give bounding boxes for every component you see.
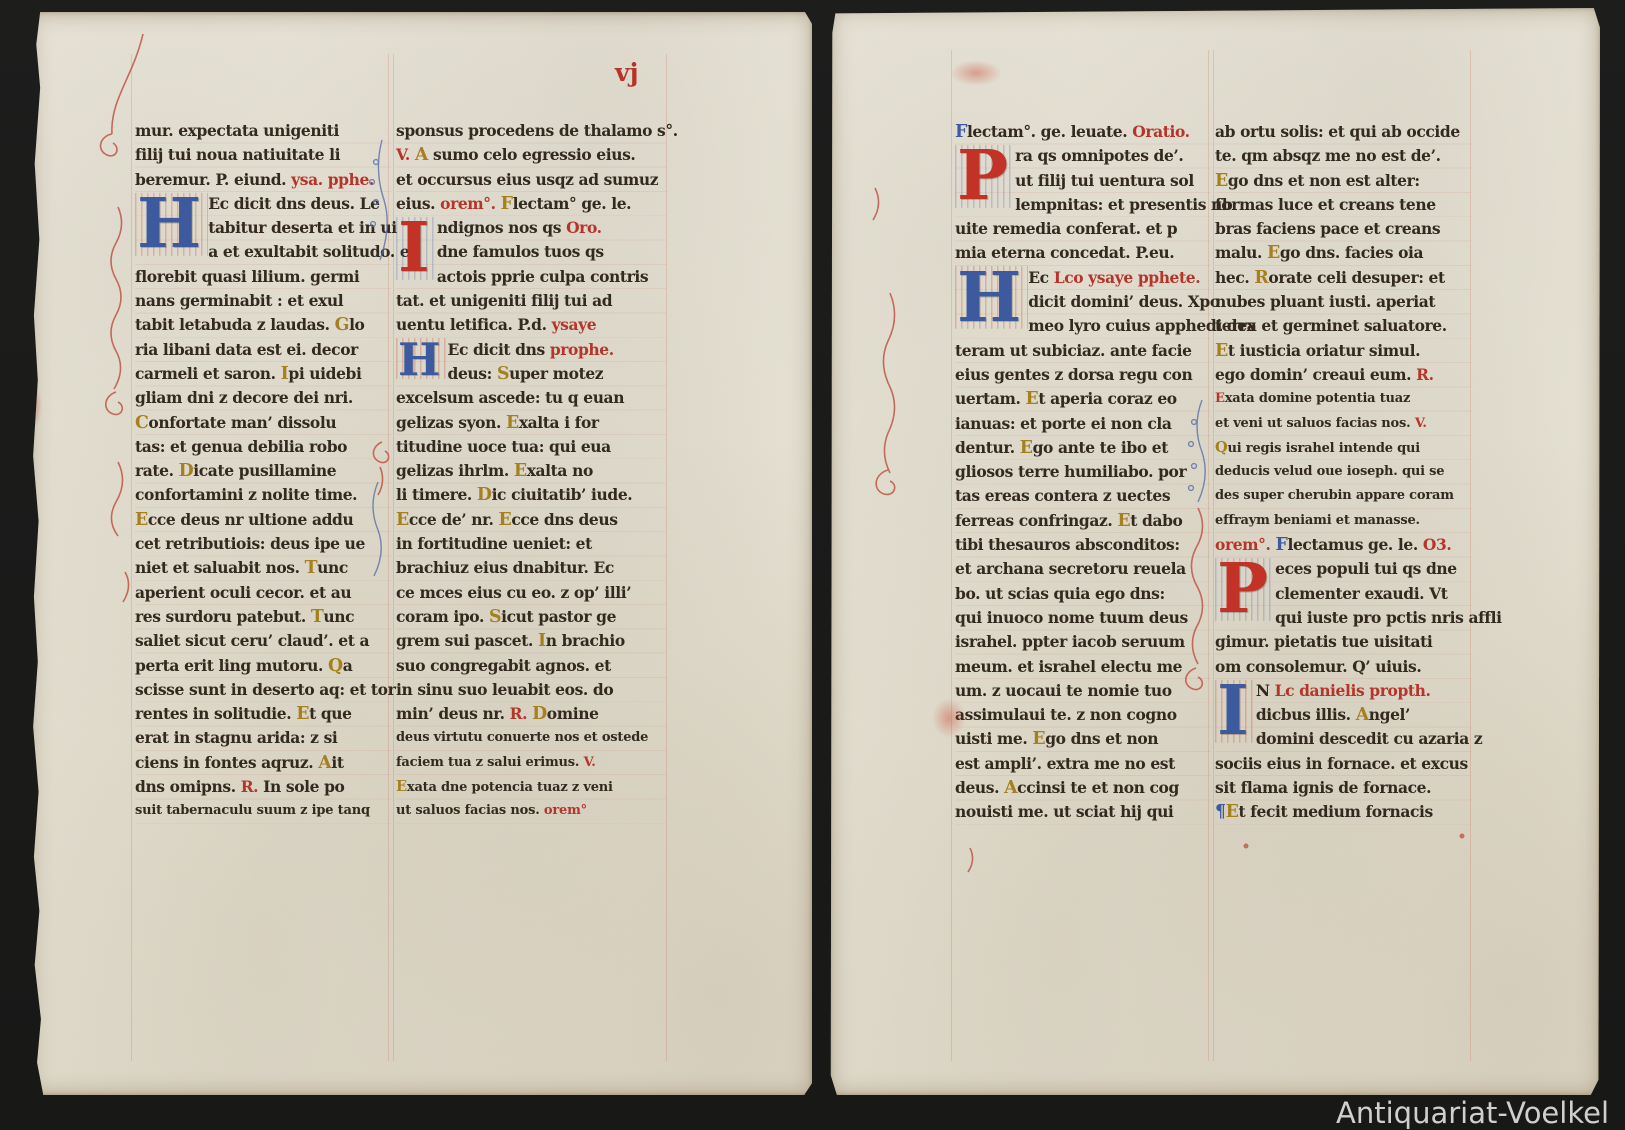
manuscript-text-line: effraym beniami et manasse.	[1215, 509, 1471, 533]
manuscript-text-line: nans germinabit : et exul	[135, 289, 391, 313]
manuscript-text-line: nouisti me. ut sciat hij qui	[955, 800, 1211, 824]
manuscript-text-line: des super cherubin appare coram	[1215, 484, 1471, 508]
manuscript-text-line: tas ereas contera z uectes	[955, 484, 1211, 508]
manuscript-text-line: cet retributiois: deus ipe ue	[135, 532, 391, 556]
manuscript-text-line: assimulaui te. z non cogno	[955, 703, 1211, 727]
red-ink-smudge	[26, 384, 42, 428]
manuscript-text-line: min’ deus nr. R. Domine	[396, 702, 666, 726]
manuscript-text-line: et veni ut saluos facias nos. V.	[1215, 412, 1471, 436]
manuscript-text-line: res surdoru patebut. Tunc	[135, 605, 391, 629]
manuscript-text-line: Qui regis israhel intende qui	[1215, 436, 1471, 460]
manuscript-text-line: nubes pluant iusti. aperiat	[1215, 290, 1471, 314]
manuscript-text-line: sit flama ignis de fornace.	[1215, 776, 1471, 800]
manuscript-text-line: om consolemur. Q’ uiuis.	[1215, 655, 1471, 679]
manuscript-text-line: tas: et genua debilia robo	[135, 435, 391, 459]
manuscript-text-line: uisti me. Ego dns et non	[955, 727, 1211, 751]
manuscript-text-line: qui inuoco nome tuum deus	[955, 606, 1211, 630]
drop-cap-initial: H	[955, 266, 1028, 339]
manuscript-text-line: suit tabernaculu suum z ipe tanq	[135, 799, 391, 823]
ruling-line	[131, 54, 132, 1061]
manuscript-text-line: V. A sumo celo egressio eius.	[396, 143, 666, 167]
manuscript-text-line: bo. ut scias quia ego dns:	[955, 582, 1211, 606]
manuscript-text-line: dentur. Ego ante te ibo et	[955, 436, 1211, 460]
ruling-line	[393, 54, 394, 1061]
manuscript-leaf-left: vj mur. expectata unigenitifilij tui nou…	[30, 12, 812, 1095]
folio-number: vj	[615, 58, 639, 87]
manuscript-text-line: et occursus eius usqz ad sumuz	[396, 168, 666, 192]
manuscript-text-line: grem sui pascet. In brachio	[396, 629, 666, 653]
manuscript-text-line: terra et germinet saluatore.	[1215, 314, 1471, 338]
manuscript-text-line: niet et saluabit nos. Tunc	[135, 556, 391, 580]
manuscript-text-line: filij tui noua natiuitate li	[135, 143, 391, 167]
manuscript-text-line: deducis velud oue ioseph. qui se	[1215, 460, 1471, 484]
manuscript-text-line: suo congregabit agnos. et	[396, 654, 666, 678]
manuscript-text-line: uertam. Et aperia coraz eo	[955, 387, 1211, 411]
manuscript-text-line: saliet sicut ceru’ claud’. et a	[135, 629, 391, 653]
drop-cap-initial: H	[396, 338, 448, 387]
manuscript-text-line: et archana secretoru reuela	[955, 557, 1211, 581]
manuscript-text-line: meum. et israhel electu me	[955, 655, 1211, 679]
manuscript-text-line: beremur. P. eiund. ysa. pphe.	[135, 168, 391, 192]
manuscript-text-line: est ampli’. extra me no est	[955, 752, 1211, 776]
text-column: mur. expectata unigenitifilij tui noua n…	[135, 119, 391, 825]
manuscript-text-line: ndignos nos qs Oro.	[396, 216, 666, 240]
manuscript-text-line: ¶Et fecit medium fornacis	[1215, 800, 1471, 824]
manuscript-text-line: erat in stagnu arida: z si	[135, 726, 391, 750]
manuscript-text-line: Et iusticia oriatur simul.	[1215, 339, 1471, 363]
manuscript-text-line: Ecce deus nr ultione addu	[135, 508, 391, 532]
manuscript-text-line: Ecce de’ nr. Ecce dns deus	[396, 508, 666, 532]
drop-cap-initial: P	[955, 144, 1015, 217]
text-column: Flectam°. ge. leuate. Oratio.Pra qs omni…	[955, 120, 1211, 826]
drop-cap-initial: P	[1215, 557, 1275, 630]
manuscript-text-line: uentu letifica. P.d. ysaye	[396, 313, 666, 337]
manuscript-text-line: scisse sunt in deserto aq: et tor	[135, 678, 391, 702]
faded-folio-smudge	[950, 60, 1002, 86]
manuscript-text-line: brachiuz eius dnabitur. Ec	[396, 556, 666, 580]
manuscript-text-line: ria libani data est ei. decor	[135, 338, 391, 362]
manuscript-text-line: malu. Ego dns. facies oia	[1215, 241, 1471, 265]
manuscript-text-line: dns omipns. R. In sole po	[135, 775, 391, 799]
manuscript-text-line: confortamini z nolite time.	[135, 483, 391, 507]
manuscript-text-line: gelizas syon. Exalta i for	[396, 411, 666, 435]
manuscript-text-line: sponsus procedens de thalamo s°.	[396, 119, 666, 143]
manuscript-text-line: dne famulos tuos qs	[396, 240, 666, 264]
manuscript-text-line: coram ipo. Sicut pastor ge	[396, 605, 666, 629]
manuscript-text-line: rate. Dicate pusillamine	[135, 459, 391, 483]
manuscript-text-line: formas luce et creans tene	[1215, 193, 1471, 217]
manuscript-text-line: israhel. ppter iacob seruum	[955, 630, 1211, 654]
manuscript-text-line: ferreas confringaz. Et dabo	[955, 509, 1211, 533]
manuscript-text-line: tibi thesauros absconditos:	[955, 533, 1211, 557]
manuscript-text-line: gliosos terre humiliabo. por	[955, 460, 1211, 484]
manuscript-text-line: in fortitudine ueniet: et	[396, 532, 666, 556]
manuscript-text-line: um. z uocaui te nomie tuo	[955, 679, 1211, 703]
manuscript-leaf-right: Flectam°. ge. leuate. Oratio.Pra qs omni…	[830, 8, 1600, 1095]
manuscript-text-line: in sinu suo leuabit eos. do	[396, 678, 666, 702]
manuscript-text-line: deus. Accinsi te et non cog	[955, 776, 1211, 800]
manuscript-text-line: sociis eius in fornace. et excus	[1215, 752, 1471, 776]
manuscript-text-line: Exata domine potentia tuaz	[1215, 387, 1471, 411]
manuscript-text-line: hec. Rorate celi desuper: et	[1215, 266, 1471, 290]
manuscript-text-line: deus virtutu conuerte nos et ostede	[396, 726, 666, 750]
manuscript-text-line: ut saluos facias nos. orem°	[396, 799, 666, 823]
manuscript-text-line: bras faciens pace et creans	[1215, 217, 1471, 241]
manuscript-text-line: Ego dns et non est alter:	[1215, 169, 1471, 193]
photo-of-manuscript-leaves: vj mur. expectata unigenitifilij tui nou…	[0, 0, 1625, 1130]
manuscript-text-line: mur. expectata unigeniti	[135, 119, 391, 143]
manuscript-text-line: titudine uoce tua: qui eua	[396, 435, 666, 459]
manuscript-text-line: li timere. Dic ciuitatib’ iude.	[396, 483, 666, 507]
manuscript-text-line: tabit letabuda z laudas. Glo	[135, 313, 391, 337]
manuscript-text-line: eius gentes z dorsa regu con	[955, 363, 1211, 387]
manuscript-text-line: Confortate man’ dissolu	[135, 411, 391, 435]
manuscript-text-line: tat. et unigeniti filij tui ad	[396, 289, 666, 313]
text-column: ab ortu solis: et qui ab occidete. qm ab…	[1215, 120, 1471, 826]
manuscript-text-line: teram ut subiciaz. ante facie	[955, 339, 1211, 363]
manuscript-text-line: ego domin’ creaui eum. R.	[1215, 363, 1471, 387]
watermark-text: Antiquariat-Voelkel	[1336, 1096, 1609, 1130]
drop-cap-initial: I	[1215, 679, 1256, 752]
manuscript-text-line: gelizas ihrlm. Exalta no	[396, 459, 666, 483]
manuscript-text-line: ab ortu solis: et qui ab occide	[1215, 120, 1471, 144]
drop-cap-initial: I	[396, 216, 437, 289]
manuscript-text-line: Exata dne potencia tuaz z veni	[396, 775, 666, 799]
manuscript-text-line: uite remedia conferat. et p	[955, 217, 1211, 241]
manuscript-text-line: eius. orem°. Flectam° ge. le.	[396, 192, 666, 216]
manuscript-text-line: perta erit ling mutoru. Qa	[135, 654, 391, 678]
manuscript-text-line: orem°. Flectamus ge. le. O3.	[1215, 533, 1471, 557]
manuscript-text-line: rentes in solitudie. Et que	[135, 702, 391, 726]
manuscript-text-line: faciem tua z salui erimus. V.	[396, 751, 666, 775]
manuscript-text-line: gimur. pietatis tue uisitati	[1215, 630, 1471, 654]
manuscript-text-line: florebit quasi lilium. germi	[135, 265, 391, 289]
manuscript-text-line: Flectam°. ge. leuate. Oratio.	[955, 120, 1211, 144]
manuscript-text-line: ce mces eius cu eo. z op’ illi’	[396, 581, 666, 605]
manuscript-text-line: te. qm absqz me no est de’.	[1215, 144, 1471, 168]
manuscript-text-line: ianuas: et porte ei non cla	[955, 412, 1211, 436]
text-column: sponsus procedens de thalamo s°.V. A sum…	[396, 119, 666, 825]
ruling-line	[951, 50, 952, 1061]
manuscript-text-line: mia eterna concedat. P.eu.	[955, 241, 1211, 265]
manuscript-text-line: ciens in fontes aqruz. Ait	[135, 751, 391, 775]
drop-cap-initial: H	[135, 192, 208, 265]
manuscript-text-line: aperient oculi cecor. et au	[135, 581, 391, 605]
manuscript-text-line: actois pprie culpa contris	[396, 265, 666, 289]
manuscript-text-line: excelsum ascede: tu q euan	[396, 386, 666, 410]
manuscript-text-line: carmeli et saron. Ipi uidebi	[135, 362, 391, 386]
manuscript-text-line: gliam dni z decore dei nri.	[135, 386, 391, 410]
ruling-line	[666, 54, 667, 1061]
